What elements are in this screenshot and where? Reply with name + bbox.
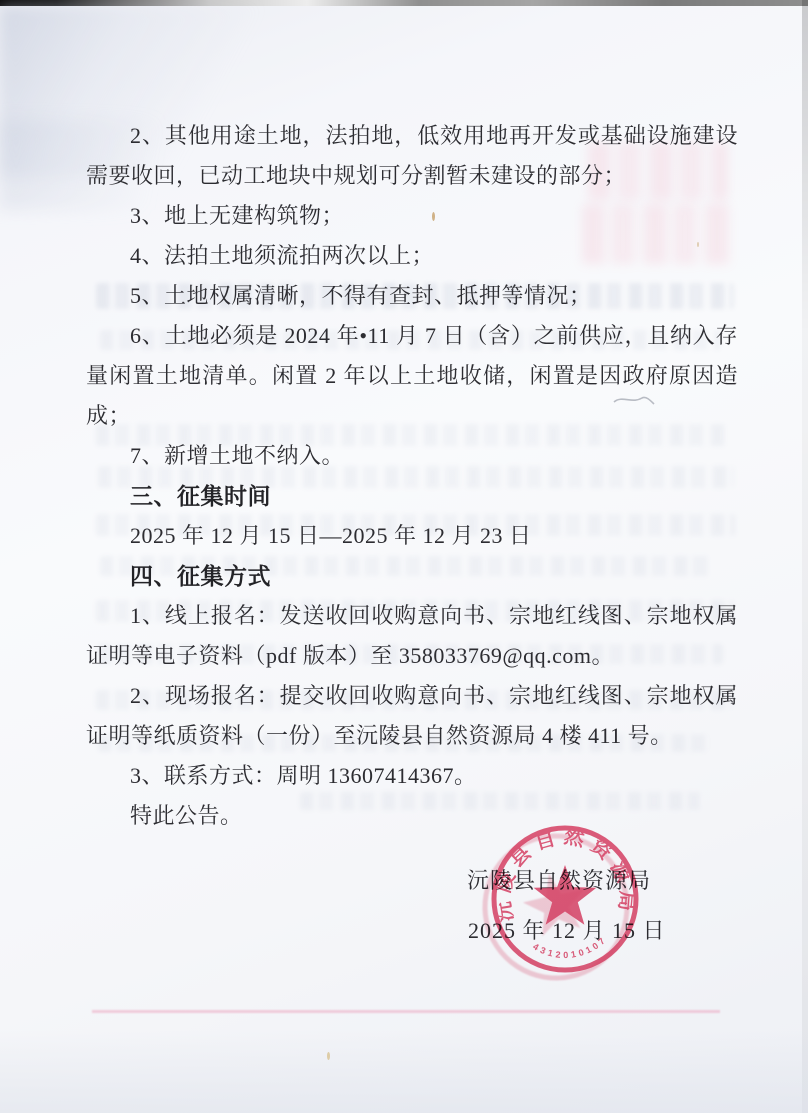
- section-heading-3: 三、征集时间: [86, 476, 738, 516]
- official-seal: 沅陵县自然资源局 4312010107: [486, 820, 644, 978]
- bleedthrough-underline: [92, 1010, 720, 1013]
- scan-dust-speck: [327, 1052, 330, 1060]
- method-paragraph-2: 2、现场报名：提交收回收购意向书、宗地红线图、宗地权属证明等纸质资料（一份）至沅…: [86, 676, 738, 756]
- scanned-document-page: 2、其他用途土地，法拍地，低效用地再开发或基础设施建设需要收回，已动工地块中规划…: [0, 0, 808, 1113]
- method-paragraph-1: 1、线上报名：发送收回收购意向书、宗地红线图、宗地权属证明等电子资料（pdf 版…: [86, 596, 738, 676]
- body-paragraph-4: 4、法拍土地须流拍两次以上；: [86, 236, 738, 276]
- body-paragraph-5: 5、土地权属清晰，不得有查封、抵押等情况；: [86, 276, 738, 316]
- contact-paragraph: 3、联系方式：周明 13607414367。: [86, 756, 738, 796]
- section-heading-4: 四、征集方式: [86, 556, 738, 596]
- seal-code: 4312010107: [531, 934, 609, 960]
- document-body: 2、其他用途土地，法拍地，低效用地再开发或基础设施建设需要收回，已动工地块中规划…: [86, 116, 738, 836]
- svg-text:4312010107: 4312010107: [531, 934, 609, 960]
- official-seal-stamp: 沅陵县自然资源局 4312010107: [486, 820, 644, 978]
- body-paragraph-7: 7、新增土地不纳入。: [86, 436, 738, 476]
- seal-star-icon: [534, 865, 597, 925]
- scanner-right-edge: [802, 0, 808, 1113]
- paper-bottom-shading: [0, 1030, 808, 1113]
- body-paragraph-6: 6、土地必须是 2024 年•11 月 7 日（含）之前供应，且纳入存量闲置土地…: [86, 316, 738, 436]
- body-paragraph-3: 3、地上无建构筑物；: [86, 196, 738, 236]
- body-paragraph-2: 2、其他用途土地，法拍地，低效用地再开发或基础设施建设需要收回，已动工地块中规划…: [86, 116, 738, 196]
- collection-period: 2025 年 12 月 15 日—2025 年 12 月 23 日: [86, 516, 738, 556]
